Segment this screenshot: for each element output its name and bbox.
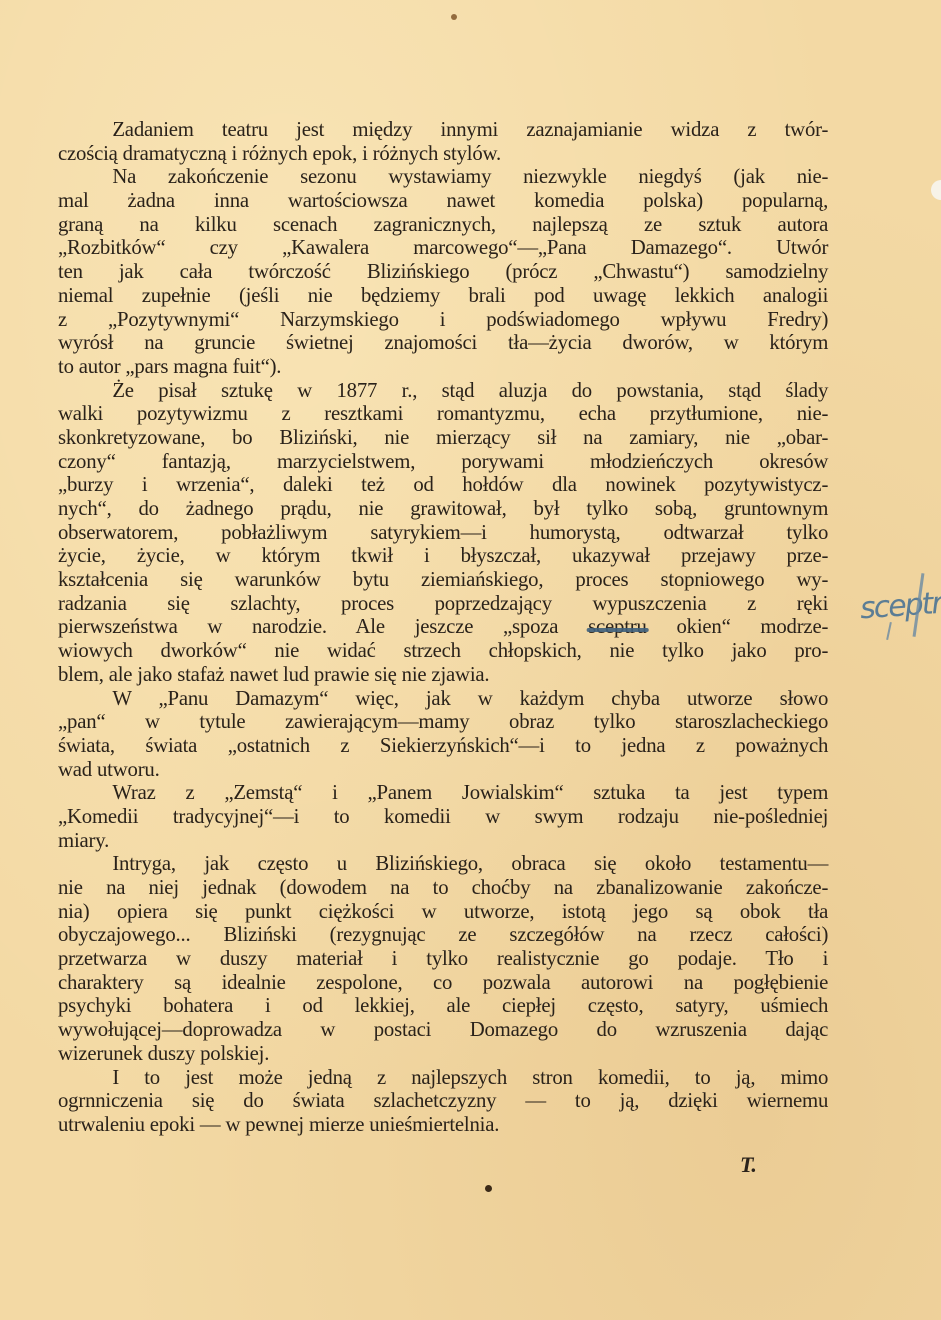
text-line: nych“, do żadnego prądu, nie grawitował,…: [58, 497, 828, 521]
body-text: Zadaniem teatru jest między innymi zazna…: [58, 118, 828, 1137]
text-line: wyrósł na gruncie świetnej znajomości tł…: [58, 331, 828, 355]
text-line: wizerunek duszy polskiej.: [58, 1042, 828, 1066]
pencil-mark: [886, 622, 892, 640]
text-line-with-strikethrough: pierwszeństwa w narodzie. Ale jeszcze „s…: [58, 615, 828, 639]
text-line: Wraz z „Zemstą“ i „Panem Jowialskim“ szt…: [58, 781, 828, 805]
text-line: miary.: [58, 829, 828, 853]
text-line: kształcenia się warunków bytu ziemiański…: [58, 568, 828, 592]
text-line: to autor „pars magna fuit“).: [58, 355, 828, 379]
margin-pencil-annotation: sceptru: [859, 585, 941, 627]
text-line: „burzy i wrzenia“, daleki też od hołdów …: [58, 473, 828, 497]
text-line: W „Panu Damazym“ więc, jak w każdym chyb…: [58, 687, 828, 711]
text-line: obyczajowego... Bliziński (rezygnując ze…: [58, 923, 828, 947]
text-line: Intryga, jak często u Blizińskiego, obra…: [58, 852, 828, 876]
text-line: radzania się szlachty, proces poprzedzaj…: [58, 592, 828, 616]
text-line: obserwatorem, pobłażliwym satyrykiem—i h…: [58, 521, 828, 545]
text-line: świata, świata „ostatnich z Siekierzyńsk…: [58, 734, 828, 758]
text-line: „Komedii tradycyjnej“—i to komedii w swy…: [58, 805, 828, 829]
text-line: nia) opiera się punkt ciężkości w utworz…: [58, 900, 828, 924]
text-line: czony“ fantazją, marzycielstwem, porywam…: [58, 450, 828, 474]
struck-word: sceptru: [588, 615, 647, 639]
text-line: wad utworu.: [58, 758, 828, 782]
text-line: ten jak cała twórczość Blizińskiego (pró…: [58, 260, 828, 284]
text-line: przetwarza w duszy materiał i tylko real…: [58, 947, 828, 971]
text-line: Że pisał sztukę w 1877 r., stąd aluzja d…: [58, 379, 828, 403]
text-line: skonkretyzowane, bo Bliziński, nie mierz…: [58, 426, 828, 450]
text-line: ogrnniczenia się do świata szlachetczyzn…: [58, 1089, 828, 1113]
text-line: czością dramatyczną i różnych epok, i ró…: [58, 142, 828, 166]
text-line: „pan“ w tytule zawierającym—mamy obraz t…: [58, 710, 828, 734]
text-line: niemal zupełnie (jeśli nie będziemy bral…: [58, 284, 828, 308]
text-line: blem, ale jako stafaż nawet lud prawie s…: [58, 663, 828, 687]
author-signature: T.: [740, 1152, 757, 1178]
text-line: nie na niej jednak (dowodem na to choćby…: [58, 876, 828, 900]
text-line: utrwaleniu epoki — w pewnej mierze unieś…: [58, 1113, 828, 1137]
text-line: wiowych dworków“ nie widać strzech chłop…: [58, 639, 828, 663]
document-page: Zadaniem teatru jest między innymi zazna…: [0, 0, 941, 1320]
text-line: charaktery są idealnie zespolone, co poz…: [58, 971, 828, 995]
ink-dot-bottom: [485, 1185, 492, 1192]
text-line: mal żadna inna wartościowsza nawet komed…: [58, 189, 828, 213]
text-line: z „Pozytywnymi“ Narzymskiego i podświado…: [58, 308, 828, 332]
text-line: walki pozytywizmu z resztkami romantyzmu…: [58, 402, 828, 426]
text-line: Zadaniem teatru jest między innymi zazna…: [58, 118, 828, 142]
text-line: I to jest może jedną z najlepszych stron…: [58, 1066, 828, 1090]
text-line: graną na kilku scenach zagranicznych, na…: [58, 213, 828, 237]
text-line: „Rozbitków“ czy „Kawalera marcowego“—„Pa…: [58, 236, 828, 260]
text-line: psychyki bohatera i od lekkiej, ale ciep…: [58, 994, 828, 1018]
text-line: wywołującej—doprowadza w postaci Domazeg…: [58, 1018, 828, 1042]
text-line: życie, życie, w którym tkwił i błyszczał…: [58, 544, 828, 568]
ink-dot-top: [451, 14, 457, 20]
text-line: Na zakończenie sezonu wystawiamy niezwyk…: [58, 165, 828, 189]
paper-tear: [931, 180, 941, 200]
